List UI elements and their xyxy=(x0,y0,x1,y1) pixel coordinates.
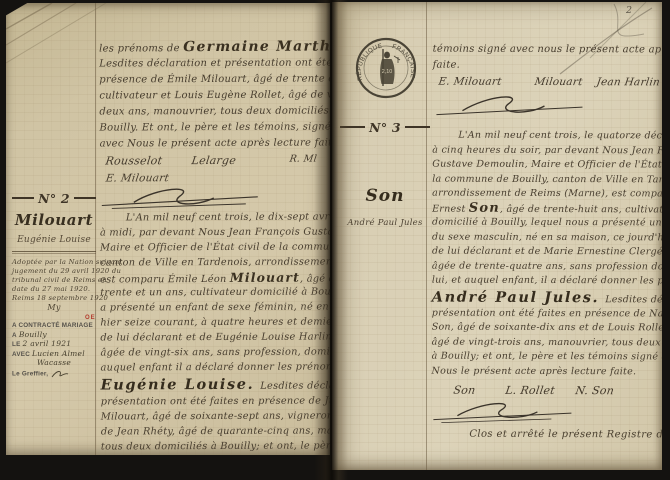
handwritten-line: faite. xyxy=(433,58,662,75)
margin-given-names: Eugénie Louise xyxy=(12,235,96,246)
father-name-milouart: Milouart xyxy=(230,270,300,285)
handwritten-line: tous deux domiciliés à Bouilly; et ont, … xyxy=(101,438,330,454)
margin-surname: Son xyxy=(340,186,430,206)
stamp-ring-bottom-text: FRANÇAISE xyxy=(391,43,416,79)
child-name-eugenie-louise: Eugénie Louise. xyxy=(101,376,255,394)
stamp-figure-scales xyxy=(394,56,400,63)
act3-closing-lines: présentation ont été faites en présence … xyxy=(432,306,662,379)
act2-closing-lines: présentation ont été faites en présence … xyxy=(101,393,330,454)
handwritten-line: Son, âgé de soixante-dix ans et de Louis… xyxy=(432,321,662,336)
signature: Rousselot xyxy=(105,154,163,167)
mayor-signature-flourish xyxy=(100,186,328,211)
handwritten-line: Nous le présent acte après lecture faite… xyxy=(432,364,662,379)
svg-text:FRANÇAISE: FRANÇAISE xyxy=(391,43,416,79)
handwritten-line: domicilié à Bouilly, lequel nous a prése… xyxy=(432,216,662,231)
handwritten-line: de lui déclarant et de Eugénie Louise Ha… xyxy=(100,329,330,345)
dash-rule xyxy=(12,197,34,199)
adoption-marginal-note: Adoptée par la Nation suivantjugement du… xyxy=(12,258,96,312)
handwritten-line: canton de Ville en Tardenois, arrondisse… xyxy=(100,254,330,270)
handwritten-line: L'An mil neuf cent trois, le quatorze dé… xyxy=(432,129,662,144)
handwritten-line: date du 27 mai 1920. xyxy=(12,285,96,294)
folio-number: 2 xyxy=(626,5,632,16)
handwritten-line: My xyxy=(12,303,96,312)
act1-continuation-lines: Lesdites déclaration et présentation ont… xyxy=(99,56,329,153)
handwritten-line: la commune de Bouilly, canton de Ville e… xyxy=(432,172,662,187)
handwritten-line: présence de Émile Milouart, âgé de trent… xyxy=(99,71,329,88)
dash-rule xyxy=(340,126,365,128)
left-page-text: les prénoms de Germaine Marthe. Lesdites… xyxy=(99,39,330,455)
handwritten-line: arrondissement de Reims (Marne), est com… xyxy=(432,187,662,202)
marriage-stamp-clerk: Le Greffier, xyxy=(12,369,96,379)
signature: L. Rollet xyxy=(505,384,556,397)
signature: Son xyxy=(453,384,477,397)
act2-end-lines: témoins signé avec nous le présent acte … xyxy=(433,42,662,75)
act-number-label: N° 2 xyxy=(38,191,70,206)
act3-middle-lines: domicilié à Bouilly, lequel nous a prése… xyxy=(432,216,662,289)
father-signature: E. Milouart xyxy=(105,170,330,186)
act2-middle-lines: trente et un ans, cultivateur domicilié … xyxy=(100,284,330,375)
act2-signatures-row: E. Milouart Milouart Jean Harlin xyxy=(433,76,662,94)
stamp-value: 2,10 xyxy=(382,69,393,75)
right-page: 2 RÉPUBLIQUE FRANÇAISE 2,10 xyxy=(332,2,662,470)
handwritten-line: André Paul Jules.Lesdites déclaration et xyxy=(432,288,662,307)
handwritten-line: Lesdites déclaration et présentation ont… xyxy=(99,56,329,73)
handwritten-line: cultivateur et Louis Eugène Rollet, âgé … xyxy=(99,87,329,104)
handwritten-line: présentation ont été faites en présence … xyxy=(432,306,662,321)
marriage-stamp-spouse2: Wacasse xyxy=(12,359,96,369)
act2-body: L'An mil neuf cent trois, le dix-sept av… xyxy=(100,209,330,454)
handwritten-line: trente et un ans, cultivateur domicilié … xyxy=(100,284,330,300)
stamp-ring-top-text: RÉPUBLIQUE xyxy=(356,42,383,81)
act3-body: L'An mil neuf cent trois, le quatorze dé… xyxy=(431,129,662,441)
signature: Jean Harlin xyxy=(596,76,661,88)
handwritten-line: à midi, par devant Nous Jean François Gu… xyxy=(100,224,330,240)
signature: Milouart xyxy=(534,76,584,88)
handwritten-line: témoins signé avec nous le présent acte … xyxy=(433,42,662,59)
act-number: N° 2 xyxy=(12,191,96,205)
handwritten-line: âgé de vingt-trois ans, manouvrier, tous… xyxy=(432,335,662,350)
handwritten-line: tribunal civil de Reims en xyxy=(12,276,96,285)
act2-opening-lines: L'An mil neuf cent trois, le dix-sept av… xyxy=(100,209,330,270)
register-closing-note: Clos et arrêté le présent Registre des xyxy=(469,429,662,441)
handwritten-line: Milouart, âgé de soixante-sept ans, vign… xyxy=(101,408,330,424)
dash-rule xyxy=(74,197,96,199)
handwritten-line: à cinq heures du soir, par devant Nous J… xyxy=(432,143,662,158)
signature: E. Milouart xyxy=(438,76,503,88)
act-number-label: N° 3 xyxy=(369,120,401,135)
dash-rule xyxy=(405,126,430,128)
margin-divider xyxy=(12,251,96,254)
page-corner-fold xyxy=(6,3,29,16)
mayor-signature-flourish xyxy=(431,401,631,426)
left-page: N° 2 Milouart Eugénie Louise Adoptée par… xyxy=(6,3,330,455)
handwritten-line: Eugénie Louise.Lesdites déclaration et xyxy=(101,374,330,394)
left-margin-column: N° 2 Milouart Eugénie Louise Adoptée par… xyxy=(12,191,96,379)
handwritten-line: présentation ont été faites en présence … xyxy=(101,393,330,409)
right-margin-column: N° 3 Son André Paul Jules xyxy=(340,120,430,228)
handwritten-line: est comparu Émile Léon Milouart, âgé de xyxy=(100,269,330,285)
handwritten-line: âgée de vingt-six ans, sans profession, … xyxy=(100,344,330,360)
child-name-andre-paul-jules: André Paul Jules. xyxy=(432,288,599,306)
handwritten-line: Gustave Demoulin, Maire et Officier de l… xyxy=(432,158,662,173)
handwritten-line: Adoptée par la Nation suivant xyxy=(12,258,96,267)
red-stamp-fragment: OE xyxy=(85,315,96,321)
child-name-germaine: Germaine Marthe. xyxy=(183,38,330,55)
margin-given-names: André Paul Jules xyxy=(340,218,430,228)
mayor-signature-flourish xyxy=(432,93,632,122)
handwritten-line: de Jean Rhéty, âgé de quarante-cinq ans,… xyxy=(101,423,330,439)
signature: Lelarge xyxy=(191,154,237,167)
svg-text:RÉPUBLIQUE: RÉPUBLIQUE xyxy=(356,42,383,81)
register-scan: N° 2 Milouart Eugénie Louise Adoptée par… xyxy=(0,0,670,480)
act3-signatures-row: Son L. Rollet N. Son xyxy=(431,384,662,402)
handwritten-line: L'An mil neuf cent trois, le dix-sept av… xyxy=(100,209,330,225)
signature: R. Ml xyxy=(289,154,318,165)
handwritten-line: jugement du 29 avril 1920 du xyxy=(12,267,96,276)
handwritten-line: auquel enfant il a déclaré donner les pr… xyxy=(100,359,330,375)
republique-francaise-stamp: RÉPUBLIQUE FRANÇAISE 2,10 xyxy=(354,36,418,100)
handwritten-line: âgée de trente-quatre ans, sans professi… xyxy=(432,259,662,274)
handwritten-line: a présenté un enfant de sexe féminin, né… xyxy=(100,299,330,315)
act1-signatures-row: Rousselot Lelarge R. Ml xyxy=(100,153,330,171)
right-page-text: témoins signé avec nous le présent acte … xyxy=(431,42,662,441)
signature: N. Son xyxy=(575,384,616,397)
handwritten-line: avec Nous le présent acte après lecture … xyxy=(100,135,330,152)
handwritten-line: Reims 18 septembre 1920 xyxy=(12,294,96,303)
marriage-stamp: A CONTRACTÉ MARIAGE A Bouilly LE 2 avril… xyxy=(12,322,96,379)
handwritten-line: hier seize courant, à quatre heures et d… xyxy=(100,314,330,330)
handwritten-line: de lui déclarant et de Marie Ernestine C… xyxy=(432,245,662,260)
handwritten-line: Bouilly. Et ont, le père et les témoins,… xyxy=(99,119,329,136)
handwritten-line: les prénoms de Germaine Marthe. xyxy=(99,39,329,57)
handwritten-line: Maire et Officier de l'État civil de la … xyxy=(100,239,330,255)
margin-surname: Milouart xyxy=(12,211,96,229)
clerk-signature-flourish xyxy=(50,369,70,379)
handwritten-line: du sexe masculin, né en sa maison, ce jo… xyxy=(432,230,662,245)
handwritten-line: à Bouilly; et ont, le père et les témoin… xyxy=(432,350,662,365)
father-name-son: Son xyxy=(469,200,500,215)
act3-opening-lines: L'An mil neuf cent trois, le quatorze dé… xyxy=(432,129,662,202)
handwritten-line: lui, et auquel enfant, il a déclaré donn… xyxy=(432,274,662,289)
stamp-figure-head xyxy=(384,52,390,59)
handwritten-line: Ernest Son, âgé de trente-huit ans, cult… xyxy=(432,201,662,216)
act1-prefix: les prénoms de xyxy=(99,43,180,54)
margin-rule xyxy=(426,2,427,470)
act-number: N° 3 xyxy=(340,120,430,134)
handwritten-line: deux ans, manouvrier, tous deux domicili… xyxy=(99,103,329,120)
